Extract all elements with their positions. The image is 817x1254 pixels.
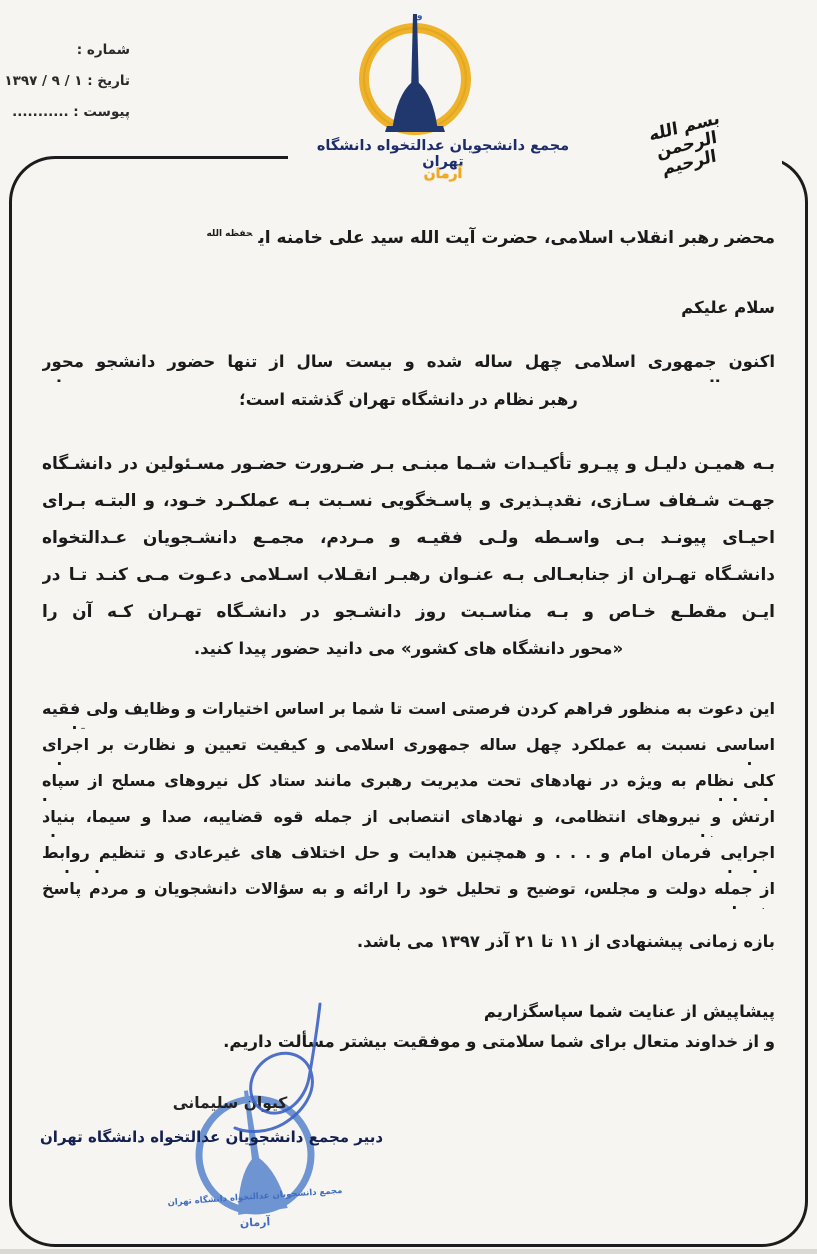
closing-line2: و از خداوند متعال برای شما سلامتی و موفق… bbox=[42, 1030, 775, 1055]
organization-tagline: آرمان bbox=[288, 166, 598, 182]
ref-number-label: شماره : bbox=[77, 42, 130, 58]
ref-date: تاریخ : ۱۳۹۷ / ۹ / ۱ bbox=[10, 73, 130, 89]
bismillah-calligraphy: بسم الله الرحمن الرحیم bbox=[592, 96, 782, 196]
ref-number: شماره : bbox=[10, 42, 130, 58]
ref-date-label: تاریخ : bbox=[87, 73, 130, 89]
para2-line2: جهـت شـفاف سـازی، نقدپـذیری و پاسـخگویی … bbox=[42, 489, 775, 515]
para3-line3: کلی نظام به ویژه در نهادهای تحت مدیریت ر… bbox=[42, 769, 775, 801]
para3-line2: اساسی نسبت به عملکرد چهل ساله جمهوری اسل… bbox=[42, 733, 775, 765]
para2-line3: احیـای پیونـد بـی واسـطه ولـی فقیـه و مـ… bbox=[42, 526, 775, 552]
para3-line1: این دعوت به منظور فراهم کردن فرصتی است ت… bbox=[42, 697, 775, 729]
para3-line6: از جمله دولت و مجلس، توضیح و تحلیل خود ر… bbox=[42, 877, 775, 909]
logo-ring-text: و نرید ان نمن علی الذین استضعفوا فی الار… bbox=[330, 4, 423, 21]
ref-attachment: پیوست : ........... bbox=[10, 104, 130, 120]
timeframe-line: بازه زمانی پیشنهادی از ۱۱ تا ۲۱ آذر ۱۳۹۷… bbox=[42, 930, 775, 955]
letter-page: شماره : تاریخ : ۱۳۹۷ / ۹ / ۱ پیوست : ...… bbox=[0, 0, 817, 1254]
para2-line4: دانشـگاه تهـران از جنابعـالی بـه عنـوان … bbox=[42, 563, 775, 589]
para3-line4: ارتش و نیروهای انتظامی، و نهادهای انتصاب… bbox=[42, 805, 775, 837]
bismillah-text: بسم الله الرحمن الرحیم bbox=[625, 105, 749, 187]
scan-edge-artifact bbox=[0, 1249, 817, 1254]
salutation-text: محضر رهبر انقلاب اسلامی، حضرت آیت الله س… bbox=[258, 228, 775, 248]
salutation-honorific: حفظه الله bbox=[206, 229, 252, 239]
organization-logo-icon: و نرید ان نمن علی الذین استضعفوا فی الار… bbox=[330, 4, 500, 154]
ref-date-value: ۱۳۹۷ / ۹ / ۱ bbox=[4, 73, 82, 89]
greeting-line: سلام علیکم bbox=[42, 296, 775, 321]
para3-line5: اجرایی فرمان امام و . . . و همچنین هدایت… bbox=[42, 841, 775, 873]
para2-line6: «محور دانشگاه های کشور» می دانید حضور پی… bbox=[42, 637, 775, 662]
para1-line1: اکنون جمهوری اسلامی چهل ساله شده و بیست … bbox=[42, 350, 775, 382]
ref-attachment-label: پیوست : ........... bbox=[12, 104, 130, 120]
closing-line1: پیشاپیش از عنایت شما سپاسگزاریم bbox=[42, 1000, 775, 1025]
salutation-line: محضر رهبر انقلاب اسلامی، حضرت آیت الله س… bbox=[42, 226, 775, 252]
reference-block: شماره : تاریخ : ۱۳۹۷ / ۹ / ۱ پیوست : ...… bbox=[10, 42, 130, 135]
para2-line5: ایـن مقطـع خـاص و بـه مناسـبت روز دانشـج… bbox=[42, 600, 775, 626]
para2-line1: بـه همیـن دلیـل و پیـرو تأکیـدات شـما مب… bbox=[42, 452, 775, 478]
para1-line2: رهبر نظام در دانشگاه تهران گذشته است؛ bbox=[42, 388, 775, 413]
handwritten-signature bbox=[225, 1000, 355, 1140]
